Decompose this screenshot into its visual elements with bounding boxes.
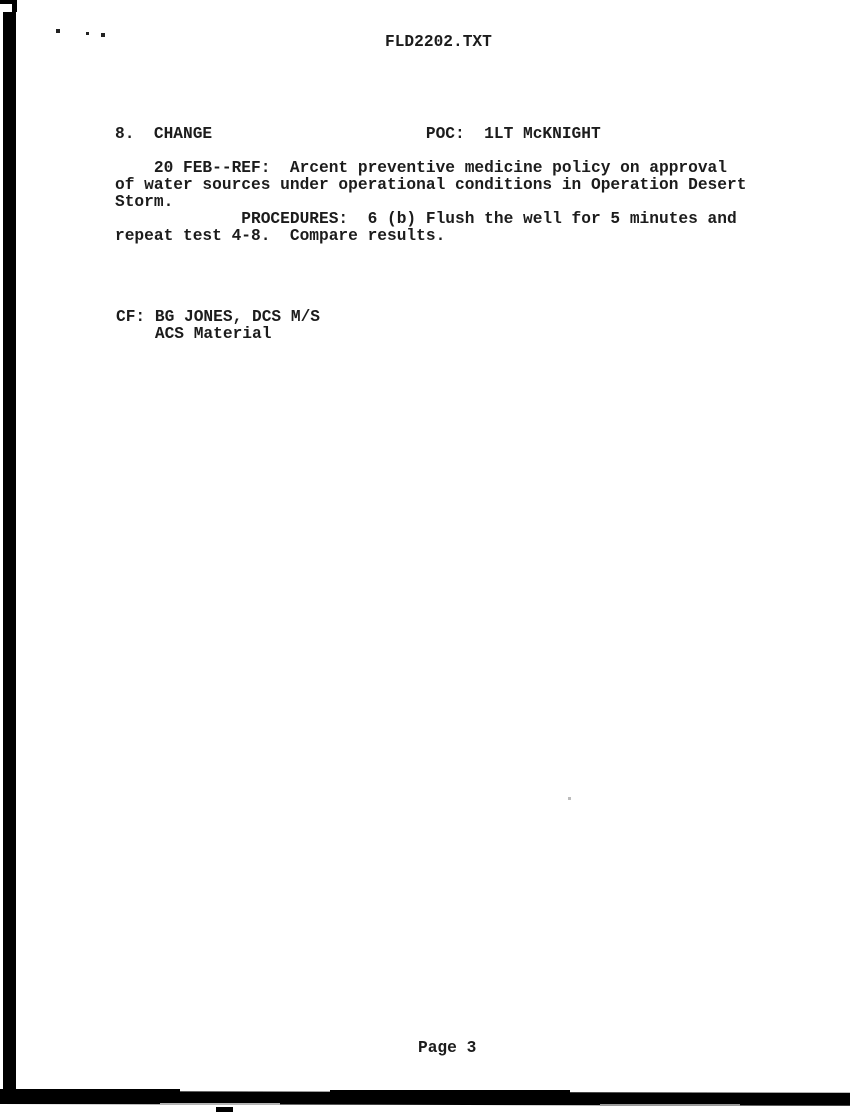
document-line: repeat test 4-8. Compare results. <box>115 228 746 245</box>
document-line: 8. CHANGE POC: 1LT McKNIGHT <box>115 126 746 143</box>
page-number: Page 3 <box>418 1040 476 1057</box>
scanned-document-page: FLD2202.TXT 8. CHANGE POC: 1LT McKNIGHT … <box>0 0 850 1113</box>
scan-edge-bottom-dash <box>216 1107 233 1112</box>
cf-distribution-block: CF: BG JONES, DCS M/S ACS Material <box>116 309 320 343</box>
document-line: CF: BG JONES, DCS M/S <box>116 309 320 326</box>
scan-edge-left-bar <box>3 12 16 1096</box>
document-line: Storm. <box>115 194 746 211</box>
scan-edge-gray-strip <box>160 1103 280 1105</box>
document-line: PROCEDURES: 6 (b) Flush the well for 5 m… <box>115 211 746 228</box>
document-filename: FLD2202.TXT <box>385 34 492 51</box>
document-line: of water sources under operational condi… <box>115 177 746 194</box>
document-line: ACS Material <box>116 326 320 343</box>
scan-speck <box>56 29 60 33</box>
scan-speck <box>568 797 571 800</box>
document-line: 20 FEB--REF: Arcent preventive medicine … <box>115 160 746 177</box>
scan-edge-gray-strip <box>600 1104 740 1106</box>
scan-speck <box>86 32 89 35</box>
document-body: 8. CHANGE POC: 1LT McKNIGHT 20 FEB--REF:… <box>115 126 746 245</box>
scan-edge-top-sliver <box>12 4 17 12</box>
scan-speck <box>101 33 105 37</box>
document-line <box>115 143 746 160</box>
